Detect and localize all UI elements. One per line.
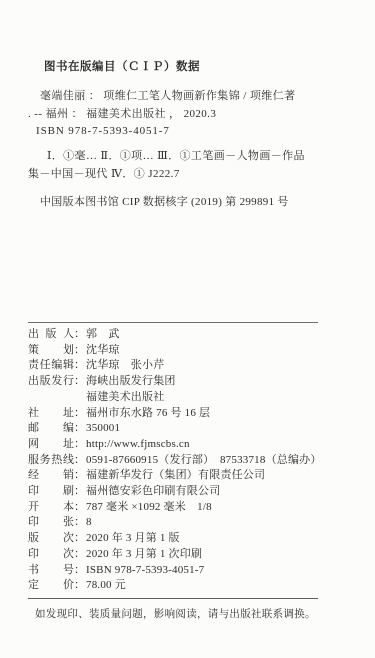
colophon-value: http://www.fjmscbs.cn	[86, 437, 190, 453]
colophon-colon: ：	[74, 484, 86, 500]
colophon-colon: ：	[74, 453, 86, 469]
footer-section: 如发现印、装质量问题，影响阅读，请与出版社联系调换。	[28, 598, 318, 621]
colophon-label: 服务热线	[28, 453, 74, 469]
colophon-value: 福州市东水路 76 号 16 层	[86, 406, 210, 422]
colophon-label: 印张	[28, 515, 74, 531]
colophon-colon: ：	[74, 327, 86, 343]
colophon-value: ISBN 978-7-5393-4051-7	[86, 563, 204, 579]
colophon-colon: ：	[74, 374, 86, 390]
colophon-value: 海峡出版发行集团	[86, 374, 176, 390]
colophon-row: 出版发行：海峡出版发行集团	[28, 374, 318, 390]
colophon-row: 印张：8	[28, 515, 318, 531]
colophon-row: 出版人：郭 武	[28, 327, 318, 343]
cip-description-line1: 毫端佳丽 ： 项维仁工笔人物画新作集锦 / 项维仁著	[28, 88, 348, 106]
colophon-value: 350001	[86, 421, 120, 437]
colophon-colon: ：	[74, 547, 86, 563]
colophon-row: 服务热线：0591-87660915（发行部） 87533718（总编办）	[28, 453, 318, 469]
colophon-row: 印次：2020 年 3 月第 1 次印刷	[28, 547, 318, 563]
colophon-value: 0591-87660915（发行部） 87533718（总编办）	[86, 453, 322, 469]
colophon-colon: ：	[74, 515, 86, 531]
colophon-label: 印刷	[28, 484, 74, 500]
colophon-row: 网址：http://www.fjmscbs.cn	[28, 437, 318, 453]
colophon-row: 版次：2020 年 3 月第 1 版	[28, 531, 318, 547]
cip-description: 毫端佳丽 ： 项维仁工笔人物画新作集锦 / 项维仁著 . -- 福州 ： 福建美…	[28, 88, 348, 141]
colophon-colon: ：	[74, 437, 86, 453]
colophon-row: 定价：78.00 元	[28, 578, 318, 594]
colophon-colon: ：	[74, 421, 86, 437]
colophon-value: 福建美术出版社	[86, 390, 164, 406]
colophon-colon: ：	[74, 500, 86, 516]
colophon-label: 社址	[28, 406, 74, 422]
colophon-value: 2020 年 3 月第 1 版	[86, 531, 180, 547]
colophon-row: 福建美术出版社	[28, 390, 318, 406]
colophon-label: 邮编	[28, 421, 74, 437]
footer-note: 如发现印、装质量问题，影响阅读，请与出版社联系调换。	[28, 599, 318, 621]
colophon-label: 印次	[28, 547, 74, 563]
colophon-row: 社址：福州市东水路 76 号 16 层	[28, 406, 318, 422]
colophon-row: 开本：787 毫米 ×1092 毫米 1/8	[28, 500, 318, 516]
colophon-section: 出版人：郭 武 策划：沈华琼 责任编辑：沈华琼 张小芹 出版发行：海峡出版发行集…	[28, 322, 318, 594]
colophon-colon: ：	[74, 578, 86, 594]
colophon-label: 定价	[28, 578, 74, 594]
colophon-label: 经销	[28, 468, 74, 484]
colophon-colon: ：	[74, 358, 86, 374]
colophon-colon: ：	[74, 531, 86, 547]
colophon-value: 8	[86, 515, 92, 531]
cip-classification-line1: Ⅰ．①毫… Ⅱ．①项… Ⅲ．①工笔画－人物画－作品	[28, 148, 358, 166]
colophon-label: 责任编辑	[28, 358, 74, 374]
colophon-colon: ：	[74, 563, 86, 579]
colophon-label: 策划	[28, 343, 74, 359]
colophon-colon: ：	[74, 406, 86, 422]
colophon-value: 福州德安彩色印刷有限公司	[86, 484, 220, 500]
colophon-label: 书号	[28, 563, 74, 579]
colophon-value: 787 毫米 ×1092 毫米 1/8	[86, 500, 212, 516]
colophon-row: 经销：福建新华发行（集团）有限责任公司	[28, 468, 318, 484]
colophon-row: 印刷：福州德安彩色印刷有限公司	[28, 484, 318, 500]
colophon-colon: ：	[74, 468, 86, 484]
cip-description-line2: . -- 福州 ： 福建美术出版社 ， 2020.3	[28, 106, 348, 124]
colophon-label: 出版发行	[28, 374, 74, 390]
colophon-label: 开本	[28, 500, 74, 516]
cip-heading: 图书在版编目（ＣＩＰ）数据	[44, 58, 200, 74]
colophon-row: 邮编：350001	[28, 421, 318, 437]
colophon-rows: 出版人：郭 武 策划：沈华琼 责任编辑：沈华琼 张小芹 出版发行：海峡出版发行集…	[28, 327, 318, 594]
colophon-value: 福建新华发行（集团）有限责任公司	[86, 468, 265, 484]
colophon-value: 2020 年 3 月第 1 次印刷	[86, 547, 202, 563]
cip-isbn-line: ISBN 978-7-5393-4051-7	[28, 123, 348, 141]
cip-classification: Ⅰ．①毫… Ⅱ．①项… Ⅲ．①工笔画－人物画－作品 集－中国－现代 Ⅳ．① J2…	[28, 148, 358, 183]
colophon-row: 责任编辑：沈华琼 张小芹	[28, 358, 318, 374]
colophon-label: 出版人	[28, 327, 74, 343]
colophon-value: 沈华琼 张小芹	[86, 358, 164, 374]
copyright-page: 图书在版编目（ＣＩＰ）数据 毫端佳丽 ： 项维仁工笔人物画新作集锦 / 项维仁著…	[0, 0, 375, 658]
cip-classification-line2: 集－中国－现代 Ⅳ．① J222.7	[28, 166, 358, 184]
colophon-label: 版次	[28, 531, 74, 547]
colophon-row: 书号：ISBN 978-7-5393-4051-7	[28, 563, 318, 579]
cip-record-number: 中国版本图书馆 CIP 数据核字 (2019) 第 299891 号	[40, 193, 289, 209]
colophon-label: 网址	[28, 437, 74, 453]
colophon-value: 郭 武	[86, 327, 120, 343]
colophon-row: 策划：沈华琼	[28, 343, 318, 359]
colophon-colon: ：	[74, 343, 86, 359]
colophon-value: 78.00 元	[86, 578, 126, 594]
colophon-value: 沈华琼	[86, 343, 120, 359]
